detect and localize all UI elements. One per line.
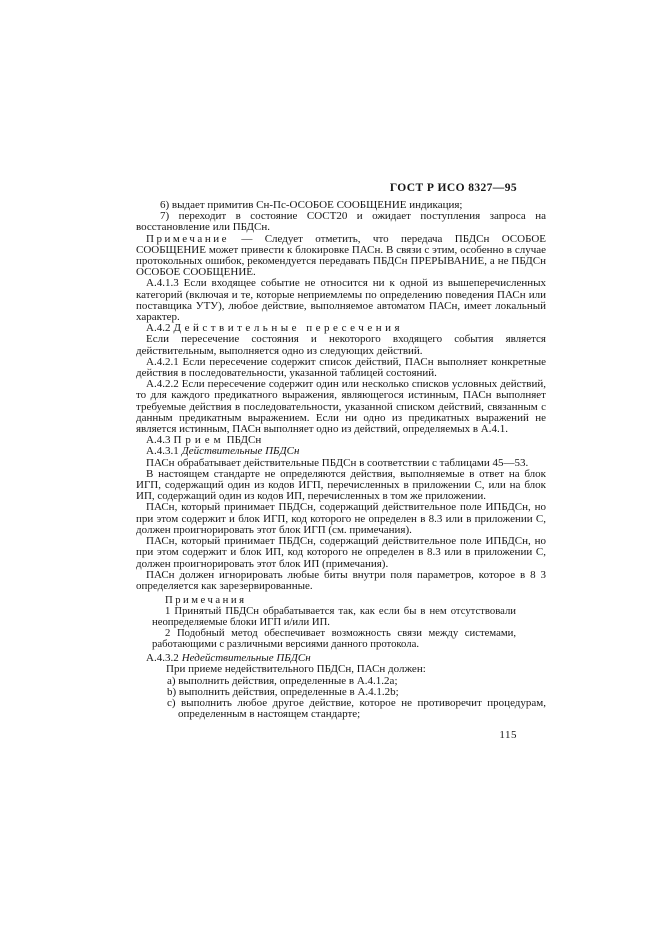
list-item-b-text: b) выполнить действия, определенные в А.… bbox=[167, 686, 399, 698]
clause-a421-text: А.4.2.1 Если пересечение содержит список… bbox=[136, 356, 546, 379]
list-item-6-text: 6) выдает примитив Сн-Пс-ОСОБОЕ СООБЩЕНИ… bbox=[160, 199, 462, 211]
list-item-a-text: а) выполнить действия, определенные в А.… bbox=[167, 675, 398, 687]
clause-igp-text: ПАСн, который принимает ПБДСн, содержащи… bbox=[136, 501, 546, 535]
clause-a422-text: А.4.2.2 Если пересечение содержит один и… bbox=[136, 378, 546, 435]
heading-a42-title: Действительные пересечения bbox=[173, 322, 403, 334]
heading-a43-title: Прием bbox=[173, 434, 224, 446]
clause-ip-text: ПАСн, который принимает ПБДСн, содержащи… bbox=[136, 535, 546, 569]
clause-invalid-intro-text: При приеме недействительного ПБДСн, ПАСн… bbox=[166, 663, 426, 675]
page-number: 115 bbox=[136, 729, 517, 741]
list-item-c-text: c) выполнить любое другое действие, кото… bbox=[167, 697, 546, 720]
clause-reserved-text: ПАСн должен игнорировать любые биты внут… bbox=[136, 569, 546, 592]
heading-a42-number: А.4.2 bbox=[146, 322, 170, 334]
heading-a432-number: А.4.3.2 bbox=[146, 652, 179, 664]
document-page: ГОСТ Р ИСО 8327—95 6) выдает примитив Сн… bbox=[0, 0, 661, 935]
notes-block: Примечания 1 Принятый ПБДСн обрабатывает… bbox=[152, 595, 516, 650]
note-paragraph: Примечание — Следует отметить, что перед… bbox=[136, 234, 546, 279]
clause-a422: А.4.2.2 Если пересечение содержит один и… bbox=[136, 379, 546, 435]
note-item-2-text: 2 Подобный метод обеспечивает возможност… bbox=[152, 627, 516, 650]
note-item-1: 1 Принятый ПБДСн обрабатывается так, как… bbox=[152, 606, 516, 628]
clause-reserved: ПАСн должен игнорировать любые биты внут… bbox=[136, 570, 546, 592]
list-item-7-text: 7) переходит в состояние СОСТ20 и ожидае… bbox=[136, 210, 546, 233]
clause-igp: ПАСн, который принимает ПБДСн, содержащи… bbox=[136, 502, 546, 536]
heading-a43-suffix: ПБДСн bbox=[227, 434, 262, 446]
clause-standard: В настоящем стандарте не определяются де… bbox=[136, 469, 546, 503]
note-item-2: 2 Подобный метод обеспечивает возможност… bbox=[152, 628, 516, 650]
heading-a43-number: А.4.3 bbox=[146, 434, 170, 446]
clause-a421: А.4.2.1 Если пересечение содержит список… bbox=[136, 357, 546, 379]
list-item-7: 7) переходит в состояние СОСТ20 и ожидае… bbox=[136, 211, 546, 233]
clause-a42-intro-text: Если пересечение состояния и некоторого … bbox=[136, 333, 546, 356]
standard-number: ГОСТ Р ИСО 8327—95 bbox=[390, 182, 517, 194]
heading-a431-title: Действительные ПБДСн bbox=[182, 445, 300, 457]
clause-ip: ПАСн, который принимает ПБДСн, содержащи… bbox=[136, 536, 546, 570]
note-item-1-text: 1 Принятый ПБДСн обрабатывается так, как… bbox=[152, 605, 516, 628]
page-content: 6) выдает примитив Сн-Пс-ОСОБОЕ СООБЩЕНИ… bbox=[136, 200, 546, 720]
list-item-c: c) выполнить любое другое действие, кото… bbox=[136, 698, 546, 720]
clause-tables-text: ПАСн обрабатывает действительные ПБДСн в… bbox=[146, 457, 528, 469]
heading-a431-number: А.4.3.1 bbox=[146, 445, 179, 457]
page-header: ГОСТ Р ИСО 8327—95 bbox=[136, 182, 517, 194]
heading-a432-title: Недействительные ПБДСн bbox=[182, 652, 311, 664]
note-label: Примечание bbox=[146, 233, 229, 245]
clause-a413-text: А.4.1.3 Если входящее событие не относит… bbox=[136, 277, 546, 323]
clause-a42-intro: Если пересечение состояния и некоторого … bbox=[136, 334, 546, 356]
clause-a413: А.4.1.3 Если входящее событие не относит… bbox=[136, 278, 546, 323]
clause-standard-text: В настоящем стандарте не определяются де… bbox=[136, 468, 546, 502]
